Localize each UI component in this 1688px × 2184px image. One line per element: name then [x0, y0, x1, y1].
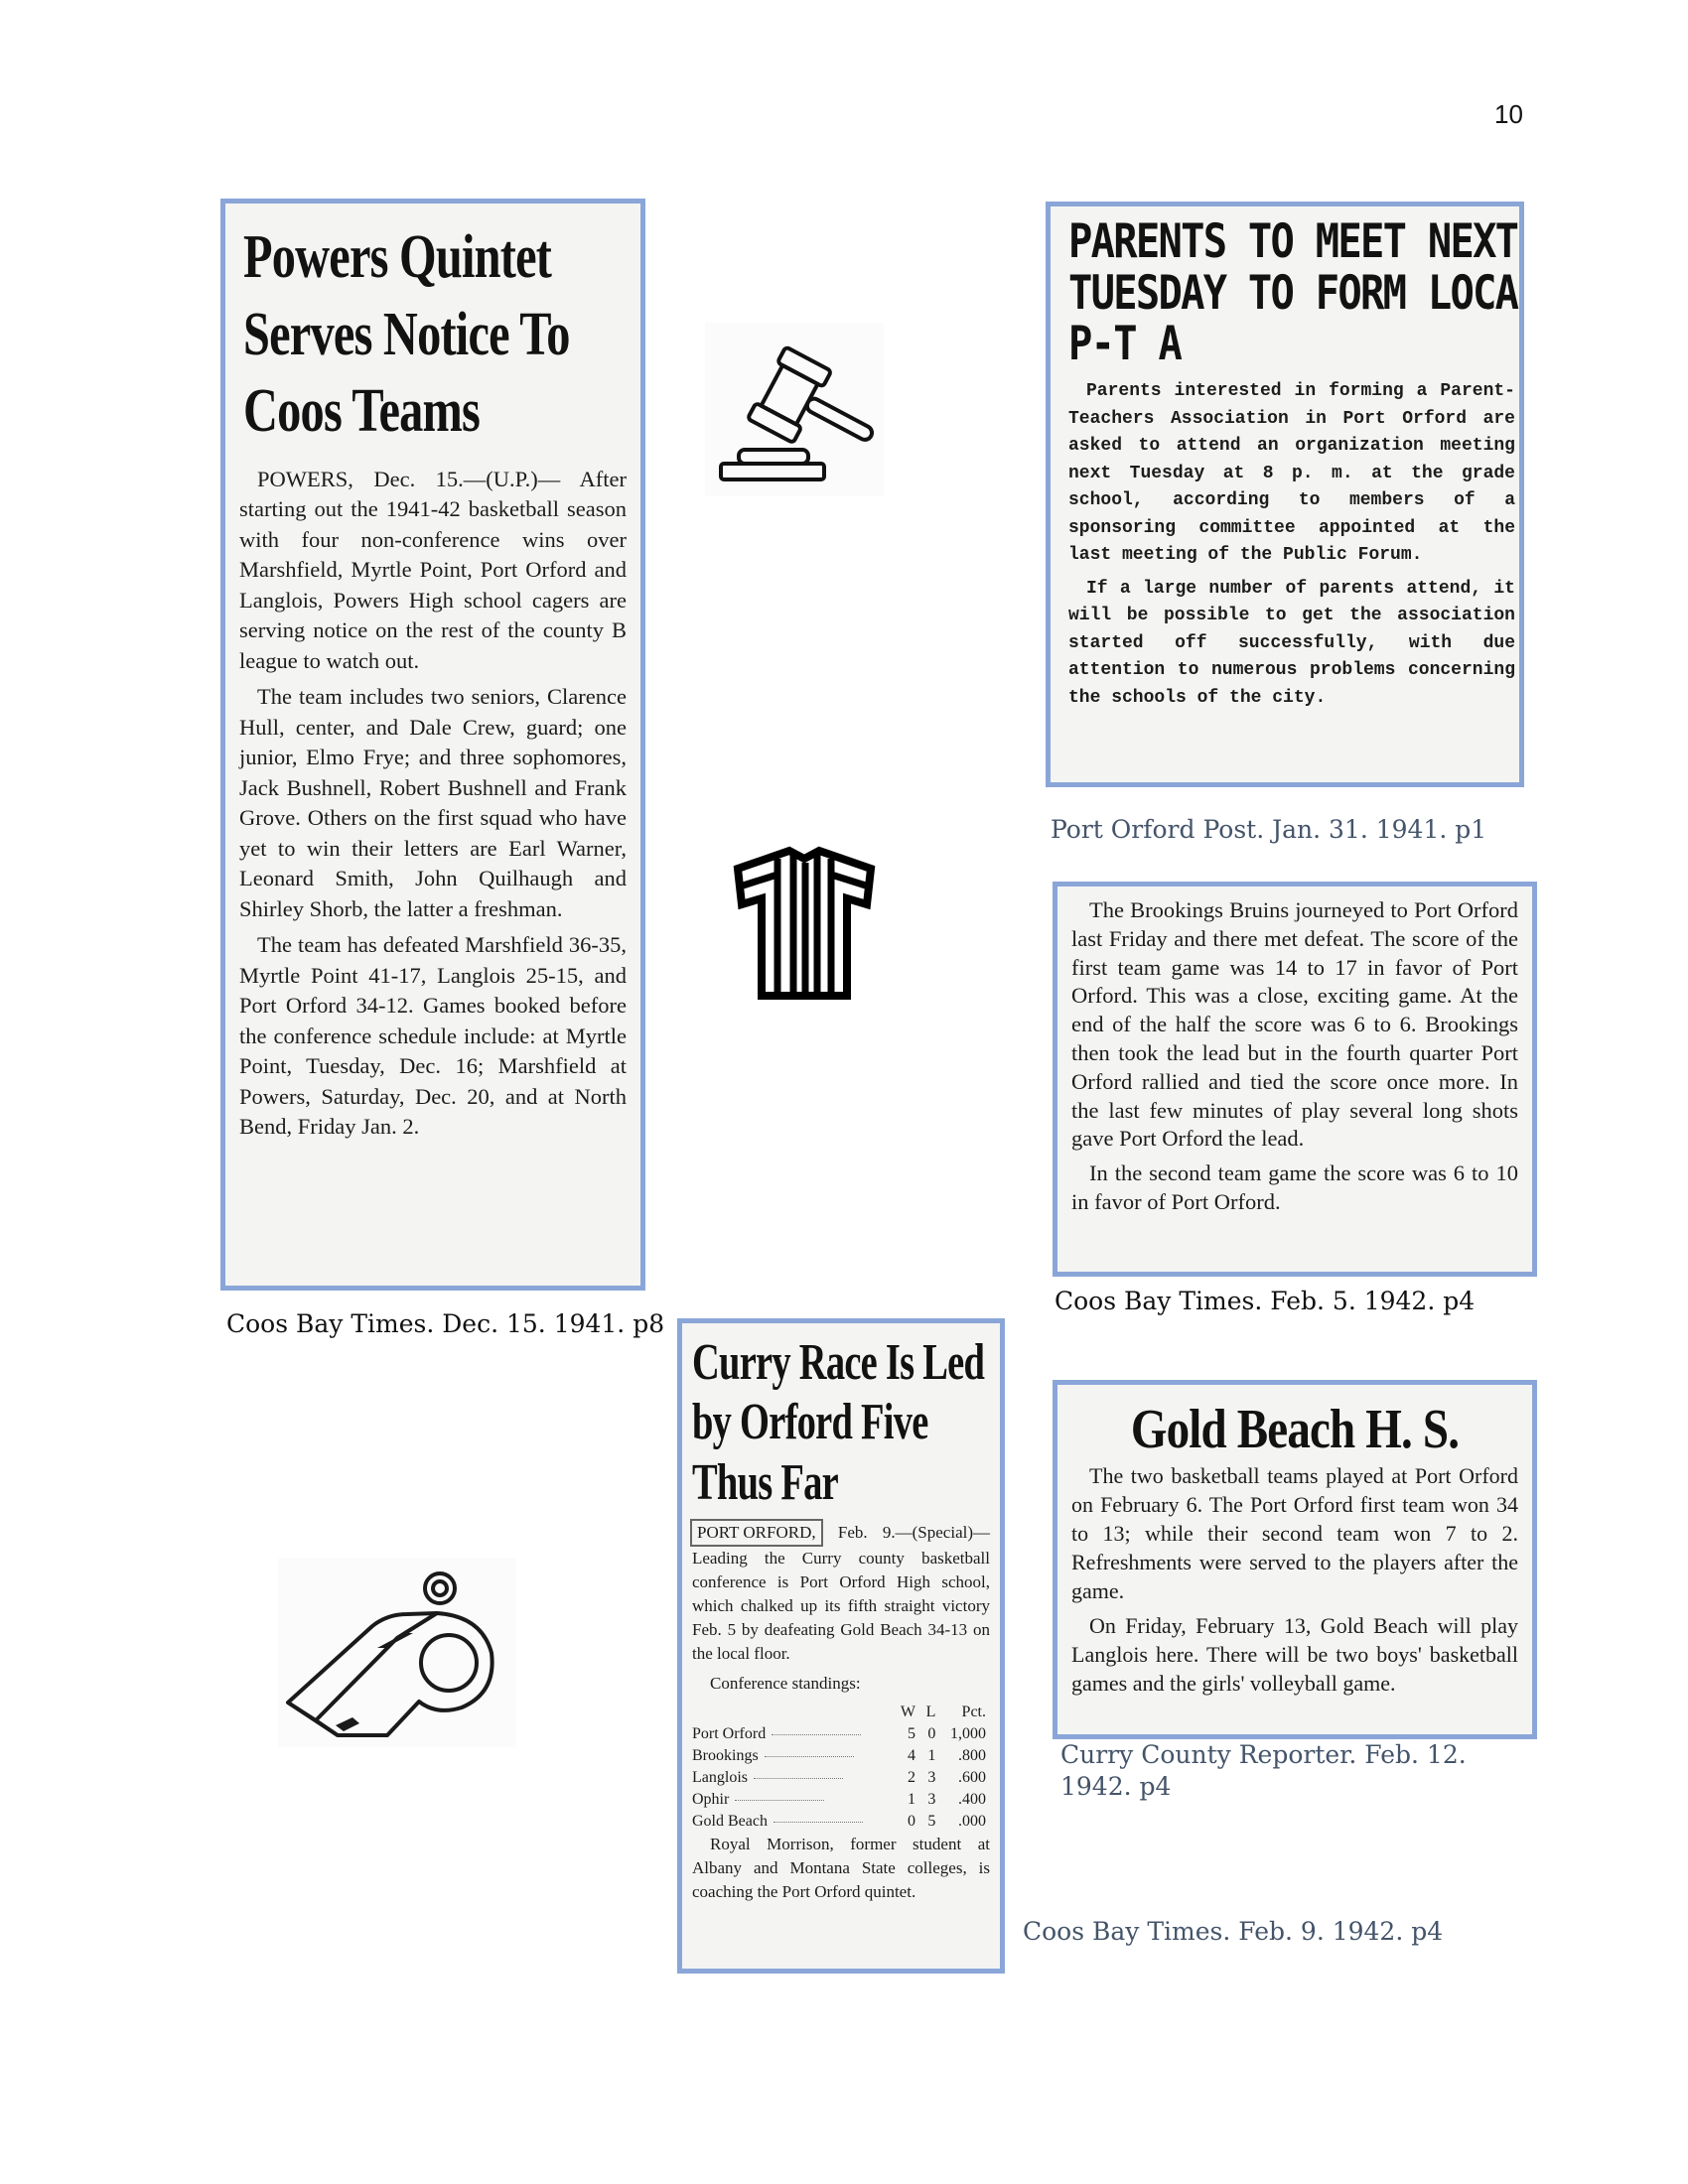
clipping-paragraph: The two basketball teams played at Port … [1071, 1461, 1518, 1605]
pct: 1,000 [939, 1723, 990, 1745]
standings-header-row: W L Pct. [692, 1702, 990, 1723]
clipping-body: The two basketball teams played at Port … [1071, 1461, 1518, 1698]
table-row: Port Orford 5 0 1,000 [692, 1723, 990, 1745]
clipping-paragraph: In the second team game the score was 6 … [1071, 1160, 1518, 1217]
clipping-body: PORT ORFORD, Feb. 9.—(Special)—Leading t… [692, 1519, 990, 1904]
standings-label: Conference standings: [692, 1672, 990, 1696]
clipping-gold-beach-hs: Gold Beach H. S. The two basketball team… [1053, 1380, 1537, 1739]
pct: .800 [939, 1745, 990, 1767]
dateline: PORT ORFORD, [690, 1519, 823, 1547]
clipping-headline: PARENTS TO MEET NEXT TUESDAY TO FORM LOC… [1068, 216, 1524, 370]
losses: 0 [919, 1723, 939, 1745]
clipping-paragraph: Parents interested in forming a Parent-T… [1068, 378, 1515, 570]
wins: 1 [893, 1789, 919, 1811]
team-name: Brookings [692, 1747, 759, 1764]
clipping-body: The Brookings Bruins journeyed to Port O… [1071, 894, 1518, 1217]
clipping-paragraph: POWERS, Dec. 15.—(U.P.)— After starting … [239, 465, 627, 677]
col-losses: L [919, 1702, 939, 1723]
clipping-powers-quintet: Powers Quintet Serves Notice To Coos Tea… [220, 199, 645, 1291]
source-caption: Port Orford Post. Jan. 31. 1941. p1 [1051, 814, 1486, 846]
source-caption: Coos Bay Times. Feb. 9. 1942. p4 [1023, 1916, 1443, 1948]
clipping-paragraph: The team includes two seniors, Clarence … [239, 682, 627, 924]
standings-table: W L Pct. Port Orford 5 0 1,000 Brookings… [692, 1702, 990, 1833]
clipping-paragraph: On Friday, February 13, Gold Beach will … [1071, 1611, 1518, 1698]
clipping-paragraph: If a large number of parents attend, it … [1068, 576, 1515, 713]
wins: 0 [893, 1811, 919, 1833]
page-number: 10 [1494, 99, 1523, 130]
col-pct: Pct. [939, 1702, 990, 1723]
clipping-pta-meeting: PARENTS TO MEET NEXT TUESDAY TO FORM LOC… [1046, 202, 1524, 787]
losses: 3 [919, 1767, 939, 1789]
clipping-body: Parents interested in forming a Parent-T… [1051, 378, 1519, 712]
table-row: Gold Beach 0 5 .000 [692, 1811, 990, 1833]
table-row: Langlois 2 3 .600 [692, 1767, 990, 1789]
wins: 5 [893, 1723, 919, 1745]
losses: 1 [919, 1745, 939, 1767]
whistle-icon [278, 1559, 516, 1747]
wins: 4 [893, 1745, 919, 1767]
clipping-headline: Powers Quintet Serves Notice To Coos Tea… [243, 219, 630, 451]
clipping-body: POWERS, Dec. 15.—(U.P.)— After starting … [239, 465, 627, 1143]
clipping-headline: Curry Race Is Led by Orford Five Thus Fa… [692, 1333, 992, 1513]
pct: .400 [939, 1789, 990, 1811]
table-row: Brookings 4 1 .800 [692, 1745, 990, 1767]
wins: 2 [893, 1767, 919, 1789]
team-name: Gold Beach [692, 1813, 768, 1830]
clipping-curry-race: Curry Race Is Led by Orford Five Thus Fa… [677, 1318, 1005, 1974]
clipping-paragraph: The Brookings Bruins journeyed to Port O… [1071, 896, 1518, 1154]
source-caption: Curry County Reporter. Feb. 12. 1942. p4 [1060, 1739, 1517, 1803]
col-wins: W [893, 1702, 919, 1723]
source-caption: Coos Bay Times. Dec. 15. 1941. p8 [226, 1308, 664, 1340]
source-caption: Coos Bay Times. Feb. 5. 1942. p4 [1055, 1286, 1475, 1317]
pct: .000 [939, 1811, 990, 1833]
clipping-paragraph: Royal Morrison, former student at Albany… [692, 1833, 990, 1904]
team-name: Langlois [692, 1769, 748, 1786]
team-name: Port Orford [692, 1725, 766, 1742]
pct: .600 [939, 1767, 990, 1789]
table-row: Ophir 1 3 .400 [692, 1789, 990, 1811]
losses: 5 [919, 1811, 939, 1833]
gavel-icon [705, 323, 884, 496]
team-name: Ophir [692, 1791, 729, 1808]
clipping-brookings-bruins: The Brookings Bruins journeyed to Port O… [1053, 882, 1537, 1277]
clipping-paragraph: The team has defeated Marshfield 36-35, … [239, 930, 627, 1143]
losses: 3 [919, 1789, 939, 1811]
clipping-headline: Gold Beach H. S. [1107, 1401, 1482, 1459]
referee-jersey-icon [720, 829, 904, 1003]
